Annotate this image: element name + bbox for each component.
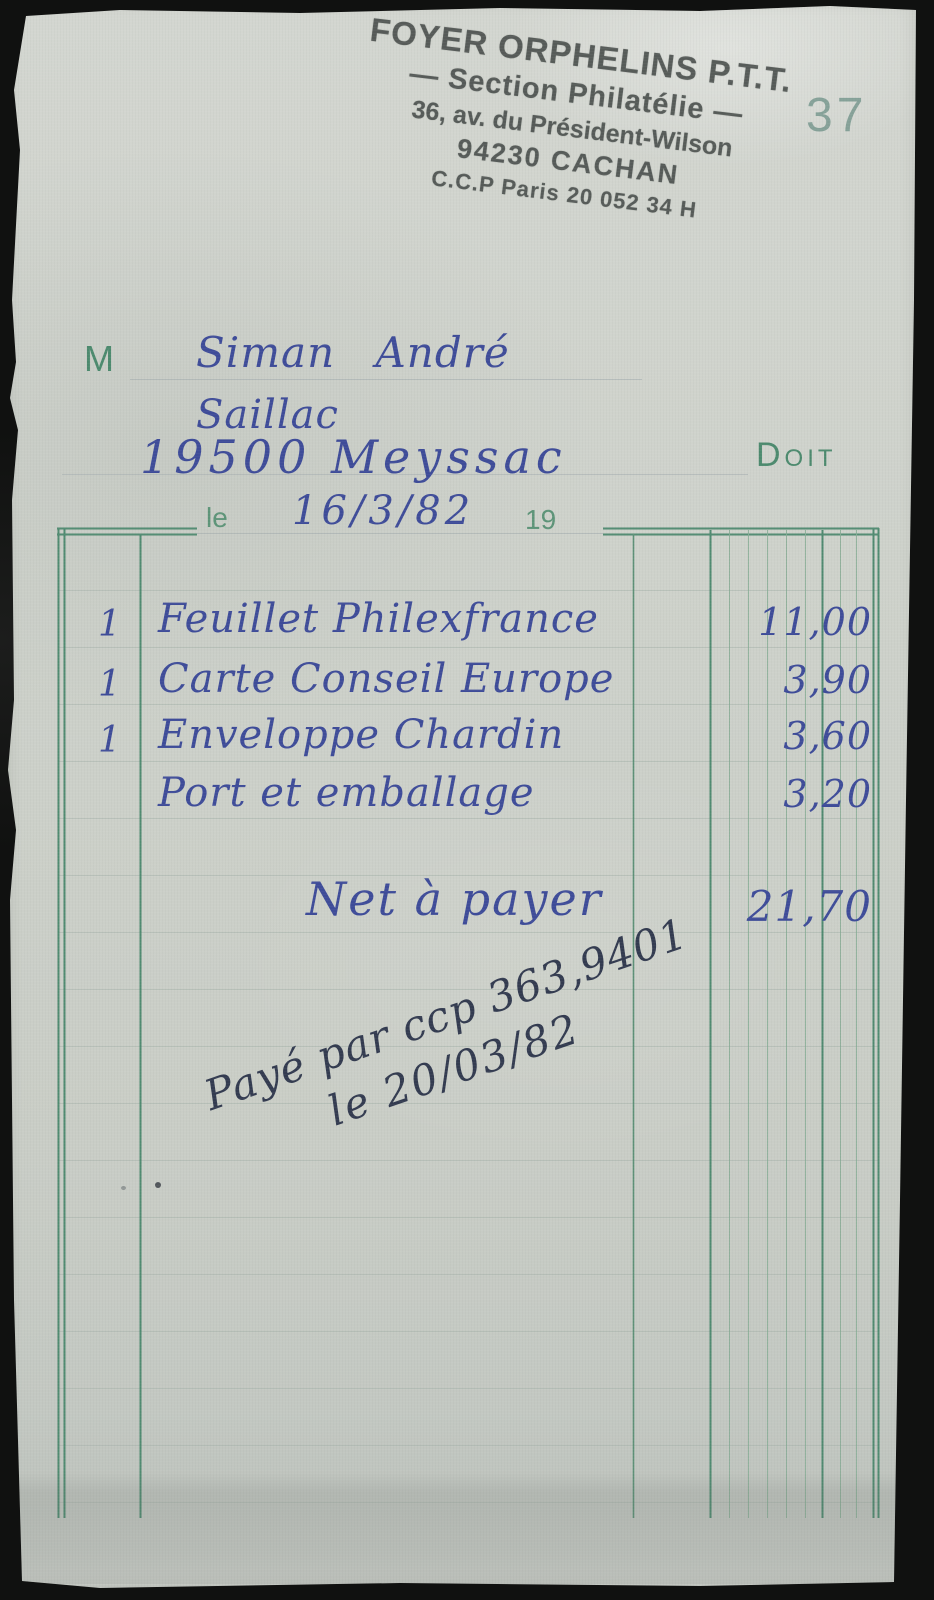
row-description: Carte Conseil Europe <box>158 656 614 702</box>
invoice-paper: FOYER ORPHELINS P.T.T. — Section Philaté… <box>0 0 934 1600</box>
page-number: 37 <box>806 88 867 143</box>
recipient-address-line2: 19500 Meyssac <box>140 430 567 484</box>
row-amount: 11,00 <box>700 600 872 644</box>
total-label: Net à payer <box>306 872 603 926</box>
row-amount: 3,20 <box>700 772 872 816</box>
recipient-name: Siman André <box>196 328 510 377</box>
row-quantity: 1 <box>88 664 132 705</box>
date-le-label: le <box>206 502 228 534</box>
total-amount: 21,70 <box>700 882 872 931</box>
row-quantity: 1 <box>88 720 132 761</box>
doit-label: Doit <box>756 436 837 475</box>
row-description: Enveloppe Chardin <box>158 712 564 758</box>
scan-background: FOYER ORPHELINS P.T.T. — Section Philaté… <box>0 0 934 1600</box>
row-description: Port et emballage <box>158 770 535 816</box>
row-description: Feuillet Philexfrance <box>158 596 599 642</box>
row-quantity: 1 <box>88 604 132 645</box>
date-year-prefix: 19 <box>525 504 556 536</box>
ink-speck <box>155 1182 161 1188</box>
invoice-date: 16/3/82 <box>292 488 474 534</box>
ink-speck <box>121 1186 126 1190</box>
row-amount: 3,90 <box>700 658 872 702</box>
salutation-label: M <box>84 338 114 380</box>
row-amount: 3,60 <box>700 714 872 758</box>
